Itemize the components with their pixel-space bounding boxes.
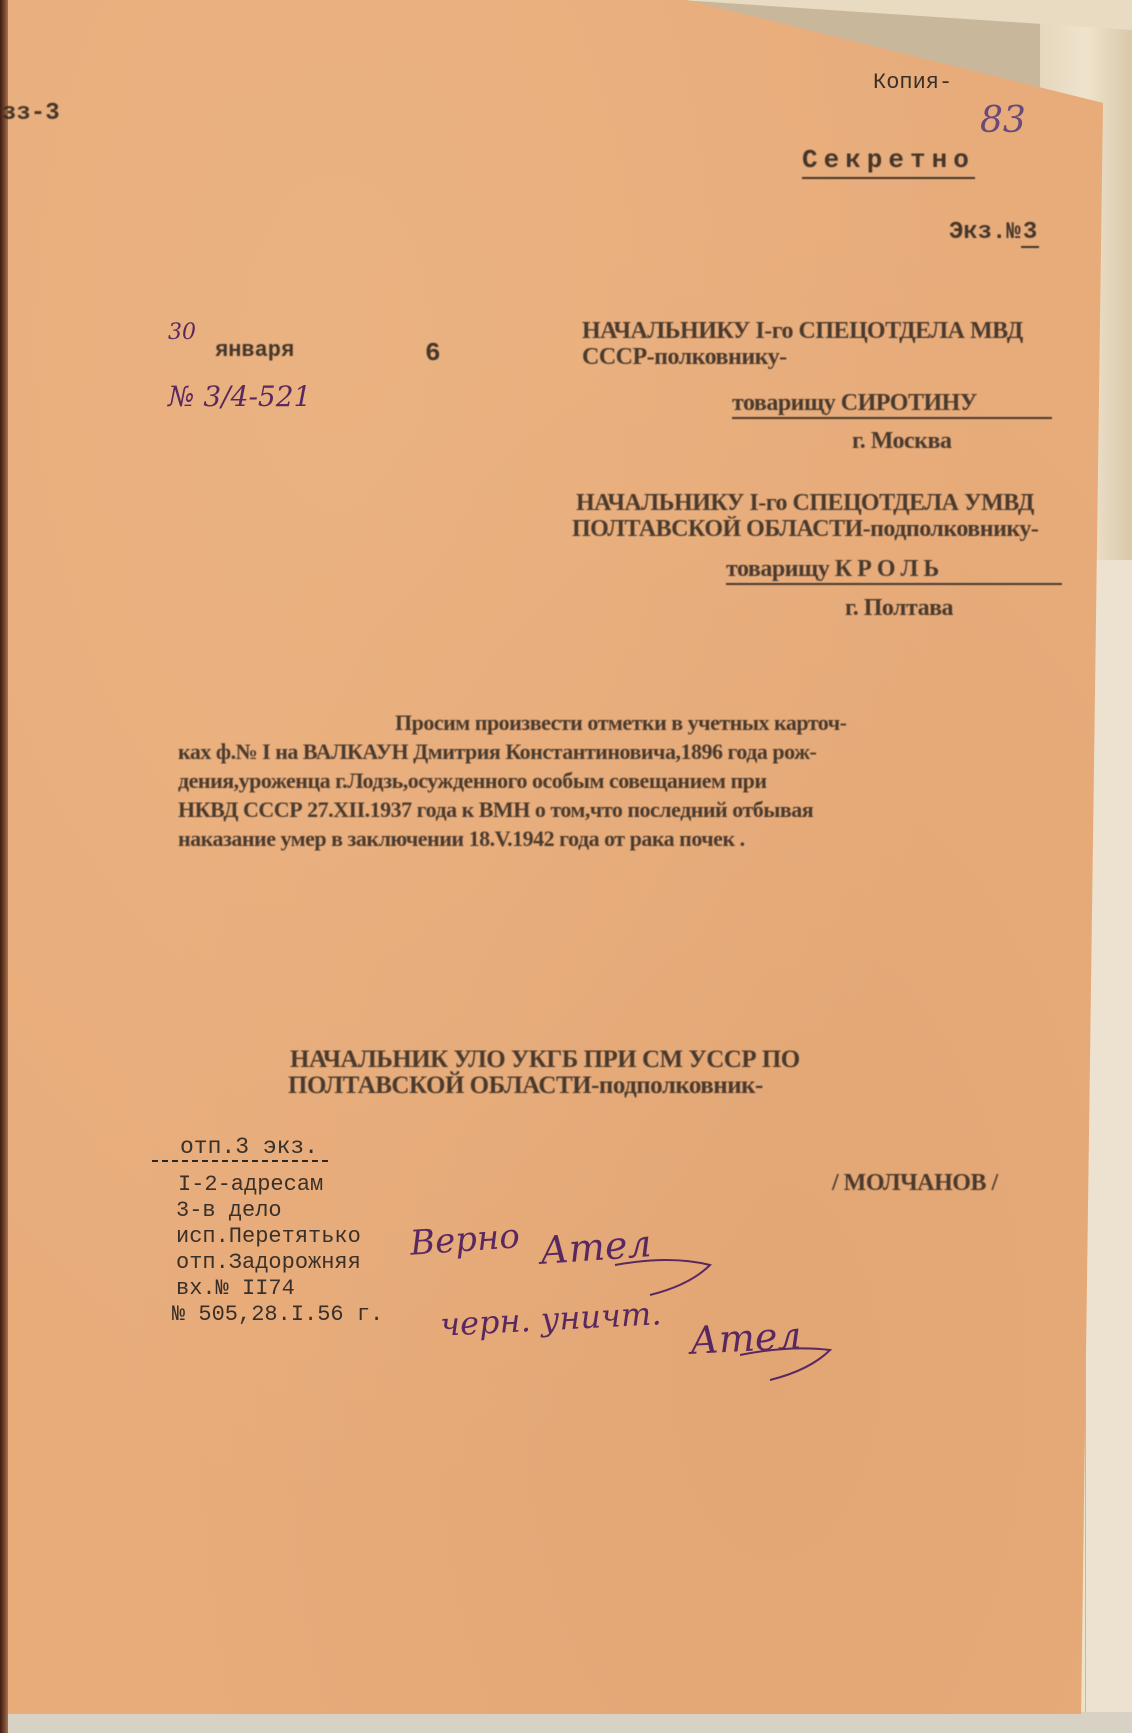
copy-number-block: Экз.№3 [920,192,1039,246]
date-year-digit: 6 [425,338,441,368]
copy-label: Копия- [873,70,952,95]
body-line-3: дения,уроженца г.Лодзь,осужденного особы… [178,766,767,796]
date-month: января [215,338,294,363]
addressee-2-city: г. Полтава [845,595,953,622]
addressee-1-name: товарищу СИРОТИНУ [732,390,1052,419]
copy-number: 3 [1021,219,1039,248]
margin-reference: зз-3 [2,100,60,127]
left-binding [0,0,8,1733]
body-line-5: наказание умер в заключении 18.V.1942 го… [178,824,745,854]
signatory-title-line2: ПОЛТАВСКОЙ ОБЛАСТИ-подполковник- [288,1072,763,1100]
addressee-2-line2: ПОЛТАВСКОЙ ОБЛАСТИ-подполковнику- [572,516,1038,543]
signature-flourish-2 [740,1340,840,1390]
copy-number-label: Экз.№ [949,219,1021,246]
addressee-2-name: товарищу К Р О Л Ь [726,556,1062,585]
handwritten-verified: Верно [409,1216,521,1264]
addressee-1-line2: СССР-полковнику- [582,344,787,371]
distribution-line-typist: отп.Задорожняя [176,1250,361,1275]
outgoing-ref-number: № 3/4-521 [168,380,311,413]
date-day: 30 [168,320,196,345]
signatory-title-line1: НАЧАЛЬНИК УЛО УКГБ ПРИ СМ УССР ПО [290,1046,800,1074]
document-page [8,0,1103,1714]
addressee-1-city: г. Москва [852,428,951,455]
sheet-number: 83 [980,100,1026,141]
distribution-line-incoming: вх.№ II74 [176,1276,295,1301]
body-line-4: НКВД СССР 27.XII.1937 года к ВМН о том,ч… [178,795,813,825]
distribution-line-executor: исп.Перетятько [176,1224,361,1249]
addressee-1-line1: НАЧАЛЬНИКУ I-го СПЕЦОТДЕЛА МВД [582,318,1023,345]
distribution-line-2: 3-в дело [176,1198,282,1223]
distribution-line-number-date: № 505,28.I.56 г. [172,1302,383,1327]
distribution-line-1: I-2-адресам [178,1172,323,1197]
classification-label: Секретно [802,145,975,179]
bottom-strip [0,1712,1132,1733]
body-line-1: Просим произвести отметки в учетных карт… [395,708,846,738]
body-line-2: ках ф.№ I на ВАЛКАУН Дмитрия Константино… [178,737,816,767]
signatory-name: / МОЛЧАНОВ / [832,1170,998,1197]
addressee-2-line1: НАЧАЛЬНИКУ I-го СПЕЦОТДЕЛА УМВД [576,490,1034,517]
distribution-header: отп.3 экз. [152,1134,328,1162]
